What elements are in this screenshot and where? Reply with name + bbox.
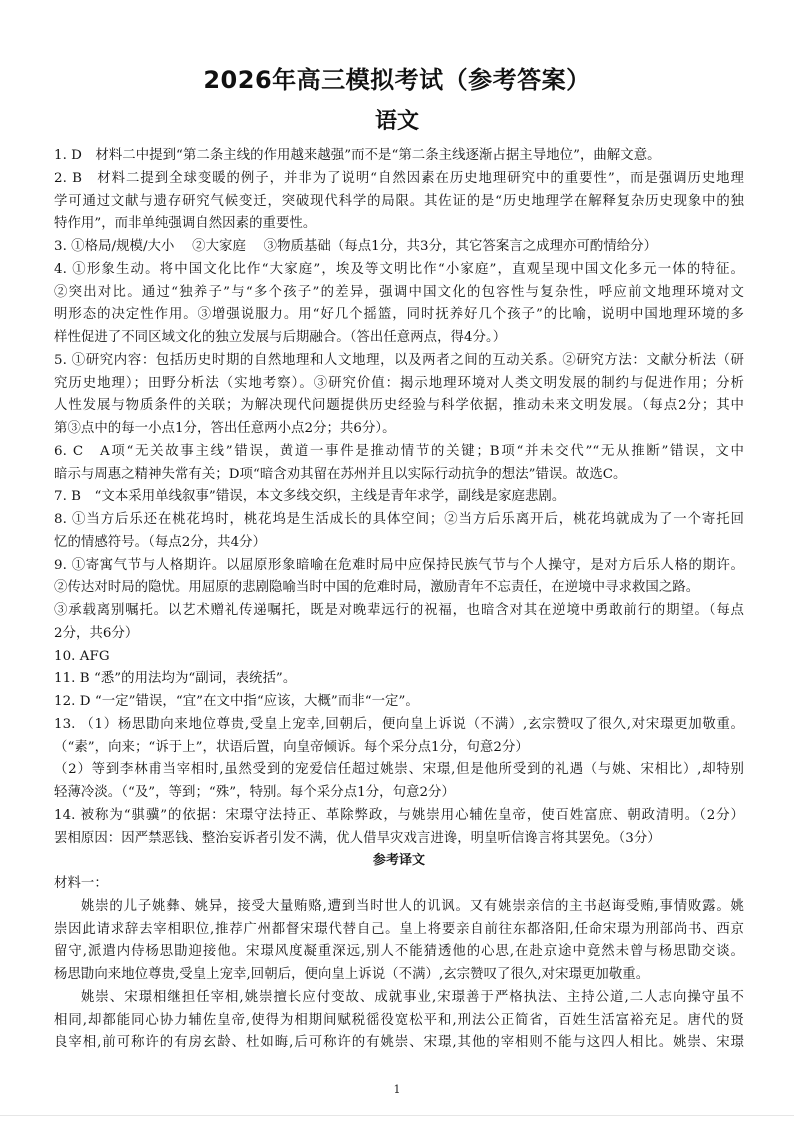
answer-line: 8. ①当方后乐还在桃花坞时，桃花坞是生活成长的具体空间；②当方后乐离开后，桃花… <box>54 509 744 532</box>
translation-heading: 参考译文 <box>54 850 744 873</box>
answer-line: 轻薄冷淡。（“及”，等到；“殊”，特别。每个采分点1分，句意2分） <box>54 782 744 805</box>
answer-line: 9. ①寄寓气节与人格期许。以屈原形象暗喻在危难时局中应保持民族气节与个人操守，… <box>54 555 744 578</box>
answer-line: 忆的情感符号。（每点2分，共4分） <box>54 532 744 555</box>
answer-item-8: 8. ①当方后乐还在桃花坞时，桃花坞是生活成长的具体空间；②当方后乐离开后，桃花… <box>54 509 744 555</box>
answer-item-5: 5. ①研究内容：包括历史时期的自然地理和人文地理，以及两者之间的互动关系。②研… <box>54 350 744 441</box>
translation-section: 参考译文 材料一： 姚崇的儿子姚彝、姚异，接受大量贿赂,遭到当时世人的讥讽。又有… <box>54 850 744 1055</box>
answer-line: 6. C A项“无关故事主线”错误，黄道一事件是推动情节的关键；B项“并未交代”… <box>54 441 744 464</box>
answer-line: 明形态的决定性作用。③增强说服力。用“好几个摇篮，同时抚养好几个孩子”的比喻，说… <box>54 304 744 327</box>
translation-paragraph-2: 姚崇、宋璟相继担任宰相,姚崇擅长应付变故、成就事业,宋璟善于严格执法、主持公道,… <box>54 987 744 1055</box>
subject-heading: 语文 <box>0 104 794 135</box>
answer-line: 2分，共6分） <box>54 623 744 646</box>
answer-line: 1. D 材料二中提到“第二条主线的作用越来越强”而不是“第二条主线逐渐占据主导… <box>54 145 744 168</box>
answer-line: 14. 被称为“骐骥”的依据：宋璟守法持正、革除弊政，与姚崇用心辅佐皇帝，使百姓… <box>54 805 744 828</box>
answer-line: 暗示与周惠之精神失常有关；D项“暗含劝其留在苏州并且以实际行动抗争的想法”错误。… <box>54 464 744 487</box>
answer-line: 学可通过文献与遗存研究气候变迁，突破现代科学的局限。其佐证的是“历史地理学在解释… <box>54 191 744 214</box>
answer-line: 第③点中的每一小点1分，答出任意两小点2分；共6分）。 <box>54 418 744 441</box>
answer-line: （2）等到李林甫当宰相时,虽然受到的宠爱信任超过姚崇、宋璟,但是他所受到的礼遇（… <box>54 759 744 782</box>
answer-item-14: 14. 被称为“骐骥”的依据：宋璟守法持正、革除弊政，与姚崇用心辅佐皇帝，使百姓… <box>54 805 744 851</box>
answer-line: 特作用”，而非单纯强调自然因素的重要性。 <box>54 213 744 236</box>
answer-line: 5. ①研究内容：包括历史时期的自然地理和人文地理，以及两者之间的互动关系。②研… <box>54 350 744 373</box>
translation-line: 杨思勖向来地位尊贵,受皇上宠幸,回朝后，便向皇上诉说（不满）,玄宗赞叹了很久,对… <box>54 964 744 987</box>
answer-line: ②传达对时局的隐忧。用屈原的悲剧隐喻当时中国的危难时局，激励青年不忘责任，在逆境… <box>54 577 744 600</box>
answer-line: ②突出对比。通过“独养子”与“多个孩子”的差异，强调中国文化的包容性与复杂性，呼… <box>54 282 744 305</box>
answer-key-page: 2026年高三模拟考试（参考答案） 语文 1. D 材料二中提到“第二条主线的作… <box>0 0 794 1122</box>
answer-line: 13. （1）杨思勖向来地位尊贵,受皇上宠幸,回朝后，便向皇上诉说（不满）,玄宗… <box>54 714 744 737</box>
answer-line: 人性发展与物质条件的关联；为解决现代问题提供历史经验与科学依据，推动未来文明发展… <box>54 395 744 418</box>
answer-line: 11. B “悉”的用法均为“副词，表统括”。 <box>54 668 744 691</box>
translation-line: 良宰相,前可称许的有房玄龄、杜如晦,后可称许的有姚崇、宋璟,其他的宰相则不能与这… <box>54 1032 744 1055</box>
answer-item-11: 11. B “悉”的用法均为“副词，表统括”。 <box>54 668 744 691</box>
answer-line: 4. ①形象生动。将中国文化比作“大家庭”，埃及等文明比作“小家庭”，直观呈现中… <box>54 259 744 282</box>
answer-line: （“素”，向来；“诉于上”，状语后置，向皇帝倾诉。每个采分点1分，句意2分） <box>54 737 744 760</box>
answer-item-12: 12. D “一定”错误，“宜”在文中指“应该，大概”而非“一定”。 <box>54 691 744 714</box>
translation-line: 相同,却都能同心协力辅佐皇帝,使得为相期间赋税徭役宽松平和,刑法公正简省，百姓生… <box>54 1010 744 1033</box>
answers-body: 1. D 材料二中提到“第二条主线的作用越来越强”而不是“第二条主线逐渐占据主导… <box>54 145 744 1055</box>
answer-item-9: 9. ①寄寓气节与人格期许。以屈原形象暗喻在危难时局中应保持民族气节与个人操守，… <box>54 555 744 646</box>
answer-line: 12. D “一定”错误，“宜”在文中指“应该，大概”而非“一定”。 <box>54 691 744 714</box>
answer-line: ③承载离别嘱托。以艺术赠礼传递嘱托，既是对晚辈远行的祝福，也暗含对其在逆境中勇敢… <box>54 600 744 623</box>
translation-line: 崇因此请求辞去宰相职位,推荐广州都督宋璟代替自己。皇上将要亲自前往东都洛阳,任命… <box>54 919 744 942</box>
answer-item-4: 4. ①形象生动。将中国文化比作“大家庭”，埃及等文明比作“小家庭”，直观呈现中… <box>54 259 744 350</box>
translation-line: 姚崇的儿子姚彝、姚异，接受大量贿赂,遭到当时世人的讥讽。又有姚崇亲信的主书赵诲受… <box>54 896 744 919</box>
translation-line: 姚崇、宋璟相继担任宰相,姚崇擅长应付变故、成就事业,宋璟善于严格执法、主持公道,… <box>54 987 744 1010</box>
answer-item-3: 3. ①格局/规模/大小 ②大家庭 ③物质基础（每点1分，共3分，其它答案言之成… <box>54 236 744 259</box>
page-number: 1 <box>0 1083 794 1096</box>
answer-item-13: 13. （1）杨思勖向来地位尊贵,受皇上宠幸,回朝后，便向皇上诉说（不满）,玄宗… <box>54 714 744 805</box>
answer-line: 样性促进了不同区域文化的独立发展与后期融合。（答出任意两点，得4分。） <box>54 327 744 350</box>
answer-line: 10. AFG <box>54 646 744 669</box>
translation-line: 留守,派遣内侍杨思勖迎接他。宋璟风度凝重深远,别人不能猜透他的心思,在赴京途中竟… <box>54 941 744 964</box>
answer-line: 究历史地理）；田野分析法（实地考察）。③研究价值：揭示地理环境对人类文明发展的制… <box>54 373 744 396</box>
answer-line: 罢相原因：因严禁恶钱、整治妄诉者引发不满，优人借旱灾戏言进谗，明皇听信谗言将其罢… <box>54 828 744 851</box>
answer-item-2: 2. B 材料二提到全球变暖的例子，并非为了说明“自然因素在历史地理研究中的重要… <box>54 168 744 236</box>
answer-item-1: 1. D 材料二中提到“第二条主线的作用越来越强”而不是“第二条主线逐渐占据主导… <box>54 145 744 168</box>
answer-line: 3. ①格局/规模/大小 ②大家庭 ③物质基础（每点1分，共3分，其它答案言之成… <box>54 236 744 259</box>
answer-line: 2. B 材料二提到全球变暖的例子，并非为了说明“自然因素在历史地理研究中的重要… <box>54 168 744 191</box>
answer-item-6: 6. C A项“无关故事主线”错误，黄道一事件是推动情节的关键；B项“并未交代”… <box>54 441 744 487</box>
page-bottom-divider <box>0 1115 794 1116</box>
material-label: 材料一： <box>54 873 744 896</box>
document-title: 2026年高三模拟考试（参考答案） <box>0 60 794 95</box>
answer-item-10: 10. AFG <box>54 646 744 669</box>
translation-paragraph-1: 姚崇的儿子姚彝、姚异，接受大量贿赂,遭到当时世人的讥讽。又有姚崇亲信的主书赵诲受… <box>54 896 744 987</box>
answer-line: 7. B “文本采用单线叙事”错误，本文多线交织，主线是青年求学，副线是家庭悲剧… <box>54 486 744 509</box>
answer-item-7: 7. B “文本采用单线叙事”错误，本文多线交织，主线是青年求学，副线是家庭悲剧… <box>54 486 744 509</box>
